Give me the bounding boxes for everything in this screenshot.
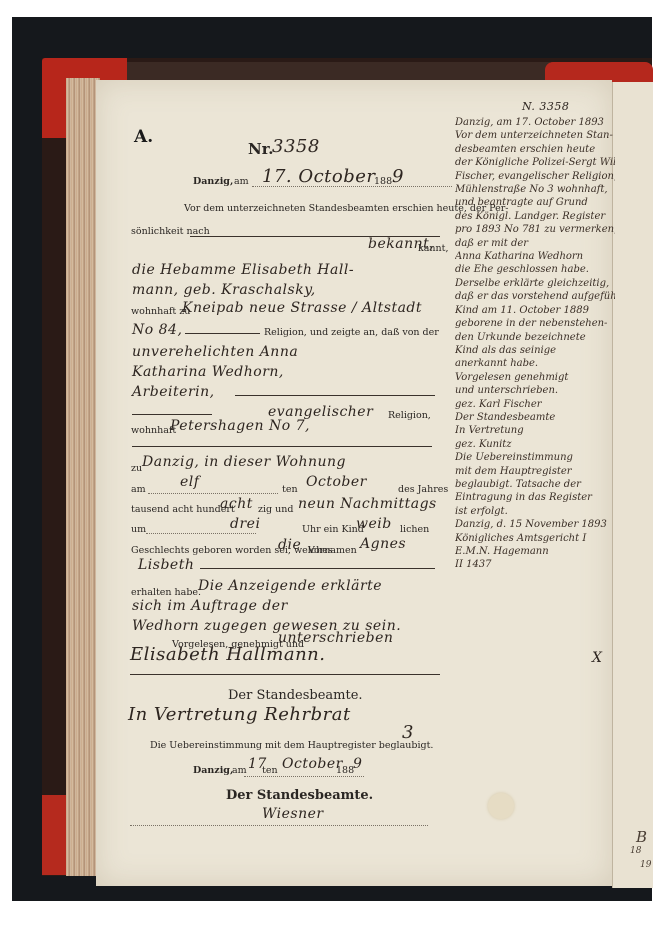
- day-suffix: ten: [282, 484, 298, 495]
- registrar-signature-2: Wiesner: [262, 806, 324, 822]
- margin-note-line: desbeamten erschien heute: [455, 143, 615, 156]
- margin-note-line: gez. Kunitz: [455, 438, 615, 451]
- cert-place: Danzig,: [193, 765, 233, 776]
- margin-note-line: E.M.N. Hagemann: [455, 545, 615, 558]
- facing-page-edge: [612, 82, 653, 888]
- informant-line-2: mann, geb. Kraschalsky,: [132, 282, 316, 298]
- margin-note-line: geborene in der nebenstehen-: [455, 317, 615, 330]
- registrar-label: Der Standesbeamte.: [228, 688, 363, 703]
- register-number-value: 3358: [272, 136, 320, 157]
- margin-note-line: der Königliche Polizei-Sergt Wilhelm: [455, 156, 615, 169]
- mother-line-3: Arbeiterin,: [132, 384, 215, 400]
- margin-note-line: Eintragung in das Register: [455, 491, 615, 504]
- mother-residence: Petershagen No 7,: [170, 418, 310, 434]
- filler-line: [185, 333, 260, 334]
- page-edges: [66, 78, 100, 876]
- margin-note-line: II 1437: [455, 558, 615, 571]
- cert-year-printed: 188: [336, 765, 354, 776]
- child-sex: weib: [356, 516, 392, 532]
- day-line: [148, 493, 278, 494]
- margin-note-line: Derselbe erklärte gleichzeitig,: [455, 277, 615, 290]
- cert-ten: ten: [262, 765, 278, 776]
- margin-note-line: anerkannt habe.: [455, 357, 615, 370]
- year-handwritten: 9: [392, 166, 404, 187]
- margin-note-mark: X: [592, 650, 602, 666]
- margin-note-line: Vor dem unterzeichneten Stan-: [455, 129, 615, 142]
- religion-label-2: Religion,: [388, 410, 431, 421]
- registrar-signature-line: [130, 825, 428, 826]
- book-cover-top-edge: [120, 62, 550, 80]
- received-label: erhalten habe.: [131, 587, 201, 598]
- margin-note-line: In Vertretung: [455, 424, 615, 437]
- time-line: [146, 533, 256, 534]
- margin-note-line: daß er mit der: [455, 237, 615, 250]
- time-label: um: [131, 524, 146, 535]
- margin-note: Danzig, am 17. October 1893 Vor dem unte…: [455, 116, 615, 572]
- registrar-signature: In Vertretung Rehrbrat: [128, 704, 351, 725]
- margin-note-line: Danzig, am 17. October 1893: [455, 116, 615, 129]
- child-name-2: Lisbeth: [138, 557, 194, 573]
- mother-line-1: unverehelichten Anna: [132, 344, 298, 360]
- informant-residence: Kneipab neue Strasse / Altstadt: [182, 300, 422, 316]
- place-label: Danzig,: [193, 176, 233, 187]
- informant-house-number: No 84,: [132, 322, 182, 338]
- form-letter: A.: [134, 127, 153, 147]
- margin-note-line: Kind als das seinige: [455, 344, 615, 357]
- registration-date: 17. October: [262, 166, 376, 187]
- margin-note-line: Der Standesbeamte: [455, 411, 615, 424]
- margin-note-line: beglaubigt. Tatsache der: [455, 478, 615, 491]
- margin-note-line: Königliches Amtsgericht I: [455, 532, 615, 545]
- margin-note-line: Kind am 11. October 1889: [455, 304, 615, 317]
- corner-annotation-letter: B: [636, 828, 647, 846]
- filler-line-2: [235, 395, 435, 396]
- child-name-1: Agnes: [360, 536, 406, 552]
- informant-line-1: die Hebamme Elisabeth Hall-: [132, 262, 354, 278]
- margin-note-line: gez. Karl Fischer: [455, 398, 615, 411]
- time-suffix: Uhr ein Kind: [302, 524, 364, 535]
- day-label: am: [131, 484, 146, 495]
- remark-line-1: Die Anzeigende erklärte: [198, 578, 382, 594]
- cert-month: October: [282, 756, 343, 772]
- margin-note-line: und beantragte auf Grund: [455, 196, 615, 209]
- margin-note-line: ist erfolgt.: [455, 505, 615, 518]
- register-number-label: Nr.: [248, 140, 273, 158]
- margin-note-line: Vorgelesen genehmigt: [455, 371, 615, 384]
- margin-note-line: und unterschrieben.: [455, 384, 615, 397]
- remark-line-2: sich im Auftrage der: [132, 598, 288, 614]
- known-printed: kannt,: [418, 243, 449, 254]
- margin-note-line: die Ehe geschlossen habe.: [455, 263, 615, 276]
- cert-year-hand: 9: [353, 756, 362, 772]
- gender-line: Geschlechts geboren worden sei, welches: [131, 545, 333, 556]
- margin-note-number: N. 3358: [522, 100, 569, 113]
- place-of-birth: Danzig, in dieser Wohnung: [142, 454, 346, 470]
- margin-note-line: pro 1893 No 781 zu vermerken,: [455, 223, 615, 236]
- margin-note-line: Danzig, d. 15 November 1893: [455, 518, 615, 531]
- margin-note-line: daß er das vorstehend aufgeführte: [455, 290, 615, 303]
- birth-day: elf: [180, 474, 199, 490]
- signature-line: [130, 674, 440, 675]
- filler-line-3: [132, 414, 212, 415]
- cert-am: am: [232, 765, 247, 776]
- place-of-birth-prefix: zu: [131, 463, 142, 474]
- birth-year-unit: neun Nachmittags: [298, 496, 437, 512]
- margin-note-line: Mühlenstraße No 3 wohnhaft,: [455, 183, 615, 196]
- margin-note-line: des Königl. Landger. Register: [455, 210, 615, 223]
- birth-month: October: [306, 474, 367, 490]
- birth-time: drei: [230, 516, 260, 532]
- mother-line-2: Katharina Wedhorn,: [132, 364, 284, 380]
- filler-line-4: [132, 446, 432, 447]
- religion-label: Religion, und zeigte an, daß von der: [264, 327, 439, 338]
- filler-line-5: [200, 568, 435, 569]
- cert-date-line: [244, 776, 364, 777]
- margin-note-line: Anna Katharina Wedhorn: [455, 250, 615, 263]
- margin-note-line: den Urkunde bezeichnete: [455, 331, 615, 344]
- margin-note-line: mit dem Hauptregister: [455, 465, 615, 478]
- informant-signature: Elisabeth Hallmann.: [130, 644, 326, 665]
- registrar-label-2: Der Standesbeamte.: [226, 788, 373, 803]
- year-label: des Jahres: [398, 484, 448, 495]
- corner-annotation-line-1: 18: [630, 846, 641, 856]
- corner-annotation-line-2: 19: [640, 860, 651, 870]
- paper-stain: [488, 793, 514, 819]
- name-label: Vornamen: [308, 545, 357, 556]
- year-printed: 188: [374, 176, 392, 187]
- name-prefix: die: [278, 537, 301, 553]
- margin-note-line: Fischer, evangelischer Religion, für: [455, 170, 615, 183]
- sex-suffix: lichen: [400, 524, 429, 535]
- birth-decade: acht: [220, 496, 253, 512]
- date-prefix: am: [234, 176, 249, 187]
- margin-note-line: Die Uebereinstimmung: [455, 451, 615, 464]
- certification-text: Die Uebereinstimmung mit dem Hauptregist…: [150, 740, 433, 751]
- decade-suffix: zig und: [258, 504, 293, 515]
